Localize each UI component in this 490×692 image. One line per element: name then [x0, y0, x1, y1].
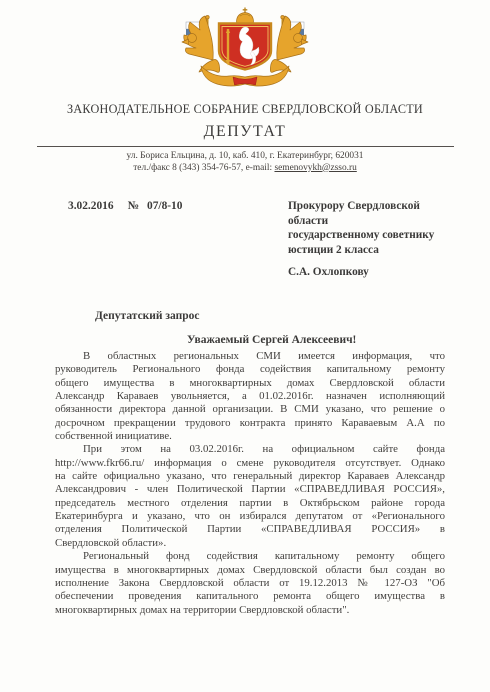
- paragraph-line: обязанности директора данной организации…: [55, 403, 445, 416]
- paragraph-line: Екатеринбурга и указано, что он избиралс…: [55, 510, 445, 523]
- address-line: ул. Бориса Ельцина, д. 10, каб. 410, г. …: [0, 151, 490, 163]
- paragraph-line: отделения Политической Партии «СПРАВЕДЛИ…: [55, 523, 445, 536]
- paragraph-line: В областных региональных СМИ имеется инф…: [55, 350, 445, 363]
- recipient-line: юстиции 2 класса: [288, 243, 450, 258]
- coat-of-arms-graphic: [179, 6, 311, 94]
- paragraph-line: исполнение Закона Свердловской области о…: [55, 577, 445, 590]
- paragraph-line: многоквартирных домах на территории Свер…: [55, 604, 445, 617]
- salutation: Уважаемый Сергей Алексеевич!: [187, 334, 356, 346]
- paragraph-line: Свердловской области».: [55, 537, 445, 550]
- recipient-line: государственному советнику: [288, 228, 450, 243]
- recipient-name: С.А. Охлопкову: [288, 265, 450, 280]
- letter-number: 07/8-10: [147, 200, 182, 212]
- paragraph-line: председатель местного отделения партии в…: [55, 497, 445, 510]
- paragraph-line: на сайте официально указано, что генерал…: [55, 470, 445, 483]
- organization-name: ЗАКОНОДАТЕЛЬНОЕ СОБРАНИЕ СВЕРДЛОВСКОЙ ОБ…: [0, 102, 490, 117]
- paragraph-line: собственной инициативе.: [55, 430, 445, 443]
- recipient-line: области: [288, 214, 450, 229]
- header-divider: [37, 146, 454, 147]
- paragraph-line: руководитель Регионального фонда содейст…: [55, 363, 445, 376]
- document-type: Депутатский запрос: [95, 310, 200, 322]
- letterhead-title: ДЕПУТАТ: [0, 123, 490, 141]
- paragraph-line: имущества в многоквартирных домах Свердл…: [55, 564, 445, 577]
- paragraph-line: Региональный фонд содействия капитальном…: [55, 550, 445, 563]
- letter-date: 3.02.2016: [68, 200, 114, 212]
- coat-of-arms: [179, 6, 311, 94]
- date-and-number: 3.02.2016№07/8-10: [68, 200, 182, 212]
- shield-icon: [219, 24, 271, 70]
- email-link: semenovykh@zsso.ru: [274, 163, 356, 173]
- paragraph-line: досрочном прекращении трудового контракт…: [55, 417, 445, 430]
- paragraph-line: обеспечении проведения капитального ремо…: [55, 590, 445, 603]
- paragraph-line: общего имущества в многоквартирных домах…: [55, 377, 445, 390]
- letter-body: В областных региональных СМИ имеется инф…: [55, 350, 445, 617]
- contact-line: тел./факс 8 (343) 354-76-57, e-mail: sem…: [0, 163, 490, 175]
- paragraph-line: http://www.fkr66.ru/ информация о смене …: [55, 457, 445, 470]
- contact-block: ул. Бориса Ельцина, д. 10, каб. 410, г. …: [0, 151, 490, 174]
- recipient-line: Прокурору Свердловской: [288, 199, 450, 214]
- phone-text: тел./факс 8 (343) 354-76-57, e-mail:: [133, 163, 274, 173]
- paragraph-line: Александр Караваев увольняется, а 01.02.…: [55, 390, 445, 403]
- paragraph-line: При этом на 03.02.2016г. на официальном …: [55, 443, 445, 456]
- recipient-block: Прокурору Свердловской области государст…: [288, 199, 450, 280]
- paragraph-line: Александрович - член Политической Партии…: [55, 483, 445, 496]
- letter-page: ЗАКОНОДАТЕЛЬНОЕ СОБРАНИЕ СВЕРДЛОВСКОЙ ОБ…: [0, 0, 490, 692]
- number-sign: №: [128, 200, 139, 212]
